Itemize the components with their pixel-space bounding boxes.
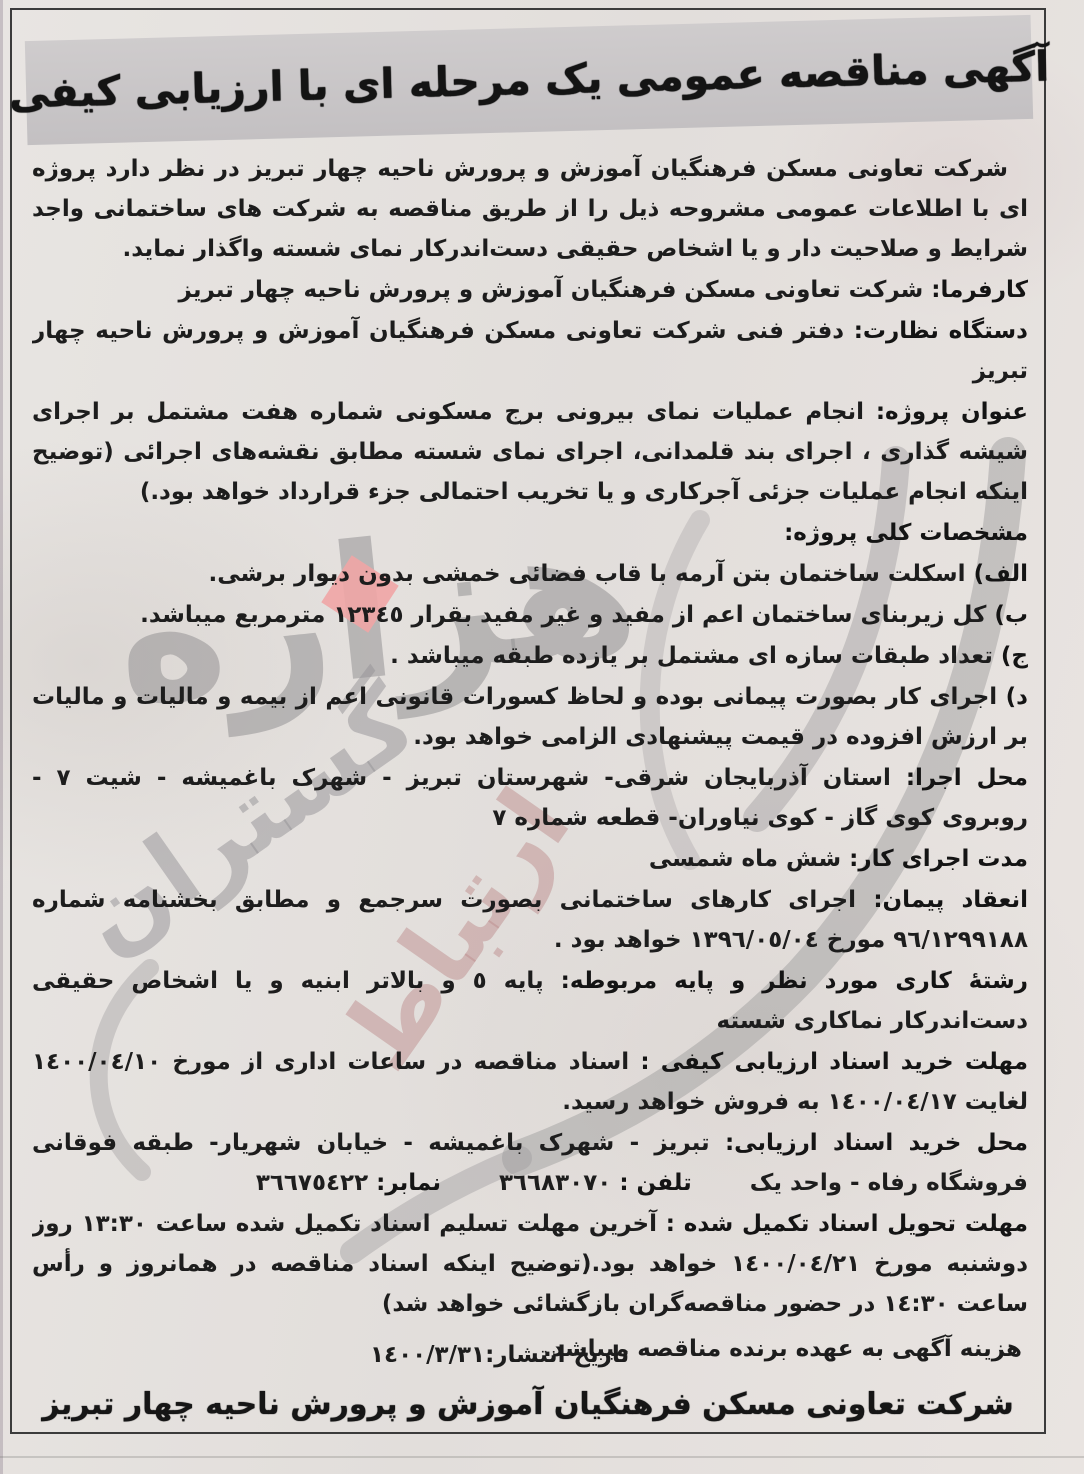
spec-item-c-text: تعداد طبقات سازه ای مشتمل بر یازده طبقه … — [390, 643, 993, 669]
ad-title: آگهی مناقصه عمومی یک مرحله ای با ارزیابی… — [8, 42, 1050, 117]
field-supervisor: دستگاه نظارت: دفتر فنی شرکت تعاونی مسکن … — [32, 311, 1028, 391]
spec-item-d-text: اجرای کار بصورت پیمانی بوده و لحاظ کسورا… — [32, 684, 1028, 750]
scanner-edge-shadow — [0, 0, 3, 1474]
field-doc-delivery-place: محل تحویل اسناد تکمیل شده : تبریز - شهرک… — [32, 1325, 1028, 1326]
field-employer-text: شرکت تعاونی مسکن فرهنگیان آموزش و پرورش … — [179, 277, 924, 303]
spec-item-b: ب) کل زیربنای ساختمان اعم از مفید و غیر … — [32, 595, 1028, 635]
spec-item-b-label: ب) — [994, 602, 1028, 628]
bottom-meta-row: هزینه آگهی به عهده برنده مناقصه میباشد. … — [34, 1336, 1026, 1376]
field-location-text: استان آذربایجان شرقی- شهرستان تبریز - شه… — [32, 765, 1028, 831]
field-project-title: عنوان پروژه: انجام عملیات نمای بیرونی بر… — [32, 392, 1028, 512]
field-specs-heading-label: مشخصات کلی پروژه: — [784, 520, 1028, 546]
field-project-title-label: عنوان پروژه: — [876, 399, 1028, 425]
field-employer: کارفرما: شرکت تعاونی مسکن فرهنگیان آموزش… — [32, 270, 1028, 310]
phone-number: تلفن : ٣٦٦٨٣٠٧٠ — [499, 1170, 692, 1196]
field-duration-label: مدت اجرای کار: — [849, 846, 1028, 872]
field-doc-delivery-deadline: مهلت تحویل اسناد تکمیل شده : آخرین مهلت … — [32, 1204, 1028, 1324]
field-employer-label: کارفرما: — [931, 277, 1028, 303]
spec-item-c-label: ج) — [1001, 643, 1028, 669]
field-duration-text: شش ماه شمسی — [649, 846, 841, 872]
spec-item-a-text: اسکلت ساختمان بتن آرمه با قاب فضائی خمشی… — [209, 561, 966, 587]
newspaper-scan-page: هزاره گستران ارتباط آگهی مناقصه عمومی یک… — [0, 0, 1084, 1474]
spec-item-a: الف) اسکلت ساختمان بتن آرمه با قاب فضائی… — [32, 554, 1028, 594]
field-duration: مدت اجرای کار: شش ماه شمسی — [32, 839, 1028, 879]
field-doc-purchase-place: محل خرید اسناد ارزیابی: تبریز - شهرک باغ… — [32, 1123, 1028, 1203]
field-contract-label: انعقاد پیمان: — [873, 887, 1028, 913]
fax-value: ٣٦٦٧٥٤٢٢ — [256, 1170, 368, 1196]
ad-border-frame: آگهی مناقصه عمومی یک مرحله ای با ارزیابی… — [10, 8, 1046, 1434]
field-doc-delivery-deadline-label: مهلت تحویل اسناد تکمیل شده : — [666, 1211, 1028, 1237]
field-doc-purchase-deadline: مهلت خرید اسناد ارزیابی کیفی : اسناد منا… — [32, 1042, 1028, 1122]
field-contract: انعقاد پیمان: اجرای کارهای ساختمانی بصور… — [32, 880, 1028, 960]
field-work-grade-label: رشتهٔ کاری مورد نظر و پایه مربوطه: — [561, 968, 1028, 994]
intro-paragraph: شرکت تعاونی مسکن فرهنگیان آموزش و پرورش … — [32, 149, 1028, 269]
field-doc-purchase-deadline-label: مهلت خرید اسناد ارزیابی کیفی : — [640, 1049, 1028, 1075]
phone-value: ٣٦٦٨٣٠٧٠ — [499, 1170, 611, 1196]
ad-title-banner: آگهی مناقصه عمومی یک مرحله ای با ارزیابی… — [25, 15, 1033, 145]
paper-fold-line — [0, 1456, 1084, 1458]
spec-item-d-label: د) — [1006, 684, 1028, 710]
spec-item-c: ج) تعداد طبقات سازه ای مشتمل بر یازده طب… — [32, 636, 1028, 676]
fax-number: نمابر: ٣٦٦٧٥٤٢٢ — [256, 1170, 441, 1196]
field-location: محل اجرا: استان آذربایجان شرقی- شهرستان … — [32, 758, 1028, 838]
spec-item-b-text: کل زیربنای ساختمان اعم از مفید و غیر مفی… — [140, 602, 986, 628]
field-supervisor-label: دستگاه نظارت: — [854, 318, 1028, 344]
field-location-label: محل اجرا: — [906, 765, 1028, 791]
spec-item-d: د) اجرای کار بصورت پیمانی بوده و لحاظ کس… — [32, 677, 1028, 757]
fax-label: نمابر: — [376, 1170, 441, 1196]
field-work-grade: رشتهٔ کاری مورد نظر و پایه مربوطه: پایه … — [32, 961, 1028, 1041]
publish-date-label: تاریخ انتشار: — [485, 1342, 629, 1368]
spec-item-a-label: الف) — [974, 561, 1028, 587]
footer-company-name: شرکت تعاونی مسکن فرهنگیان آموزش و پرورش … — [12, 1387, 1044, 1422]
ad-body-text: شرکت تعاونی مسکن فرهنگیان آموزش و پرورش … — [32, 148, 1028, 1326]
publish-date: تاریخ انتشار:١٤٠٠/٣/٣١ — [370, 1342, 629, 1368]
field-specs-heading: مشخصات کلی پروژه: — [32, 513, 1028, 553]
phone-label: تلفن : — [619, 1170, 691, 1196]
field-doc-purchase-place-label: محل خرید اسناد ارزیابی: — [725, 1130, 1028, 1156]
publish-date-value: ١٤٠٠/٣/٣١ — [370, 1342, 485, 1368]
